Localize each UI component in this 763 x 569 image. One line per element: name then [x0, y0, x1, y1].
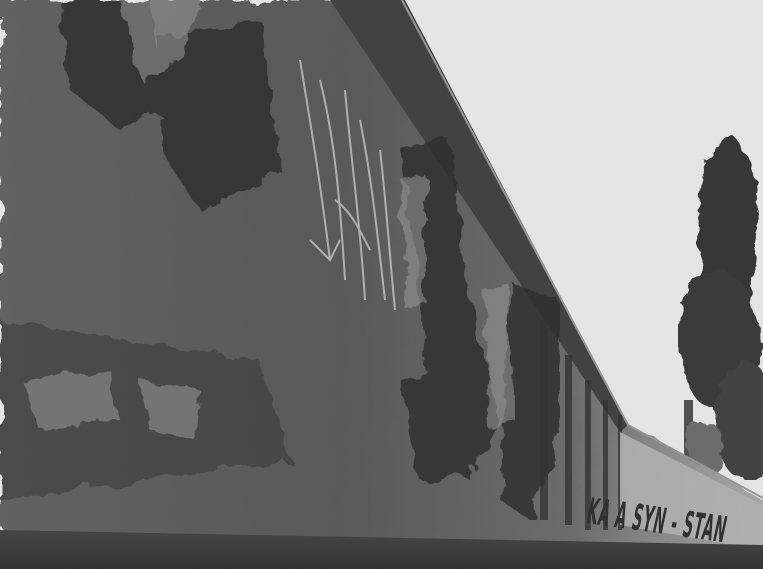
photo-canvas: KA A SYN - STAN [0, 0, 763, 569]
wall-photograph: Weathered concrete wall receding diagona… [0, 0, 763, 569]
